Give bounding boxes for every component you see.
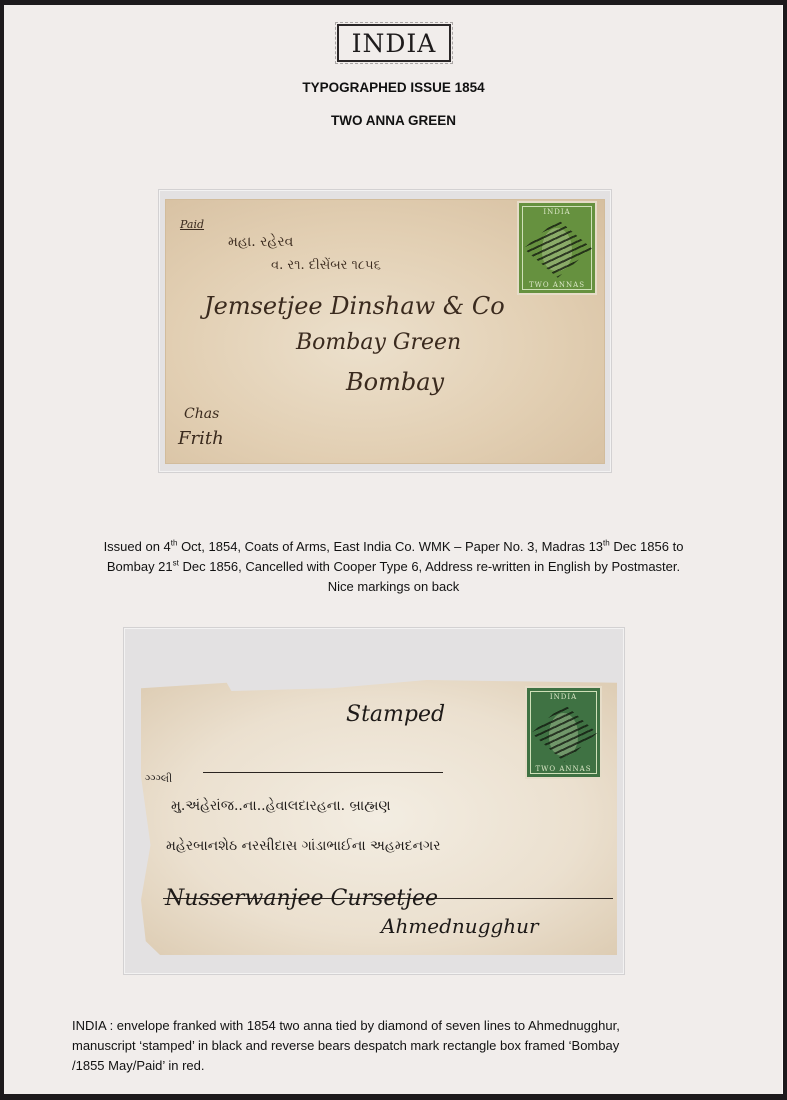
cover-1-addressee: Jemsetjee Dinshaw & Co <box>204 292 505 320</box>
cover-1-chas-note: Chas <box>184 406 219 422</box>
country-stamp-text: INDIA <box>352 29 437 58</box>
cover-2-script-line-2: મહેરબાનશેઠ નરસીદાસ ગાંડાભાઈના અહમદનગર <box>166 838 440 854</box>
cover-1-script-line-1: મહા. રહેરવ <box>228 234 293 250</box>
cover-2-description-line-2: manuscript ‘stamped’ in black and revers… <box>72 1036 752 1056</box>
cover-2-stamped-note: Stamped <box>346 702 445 727</box>
cover-2-city: Ahmednugghur <box>381 914 539 938</box>
stamp-bottom-label: TWO ANNAS <box>519 281 595 289</box>
cover-1-paid-note: Paid <box>180 218 204 231</box>
cover-2-description: INDIA : envelope franked with 1854 two a… <box>72 1016 752 1076</box>
cover-1-two-anna-stamp: INDIA TWO ANNAS <box>517 201 597 295</box>
stamp-top-label: INDIA <box>527 693 600 701</box>
cover-1-description: Issued on 4th Oct, 1854, Coats of Arms, … <box>0 537 787 597</box>
cover-1-description-line-2: Bombay 21st Dec 1856, Cancelled with Coo… <box>0 557 787 577</box>
stamp-bottom-label: TWO ANNAS <box>527 765 600 773</box>
cover-2-script-line-1: મુ.અંહેરાંજ..ના..હેવાલદારહના. બ્રાહ્મણ <box>171 798 391 814</box>
cover-1-street: Bombay Green <box>296 330 461 355</box>
cover-2-description-line-1: INDIA : envelope franked with 1854 two a… <box>72 1016 752 1036</box>
cover-1-script-line-2: વ. ર૧. દીસેંબર ૧૮૫૬ <box>271 258 381 273</box>
cover-2-description-line-3: /1855 May/Paid’ in red. <box>72 1056 752 1076</box>
cover-1-description-line-1: Issued on 4th Oct, 1854, Coats of Arms, … <box>0 537 787 557</box>
cover-1-sender: Frith <box>178 428 224 449</box>
cover-2-two-anna-stamp: INDIA TWO ANNAS <box>525 686 602 779</box>
cover-1-city: Bombay <box>346 368 444 396</box>
stamp-top-label: INDIA <box>519 208 595 216</box>
cover-1-description-line-3: Nice markings on back <box>0 577 787 597</box>
cover-2-addressee: Nusserwanjee Cursetjee <box>165 886 438 911</box>
india-boxed-handstamp: INDIA <box>337 24 451 62</box>
page-title: TYPOGRAPHED ISSUE 1854 <box>0 80 787 95</box>
page-subtitle: TWO ANNA GREEN <box>0 113 787 128</box>
cover-2-rule-1 <box>203 772 443 773</box>
cover-2-script-line-0: ગ્ગ્ગ્લી <box>145 772 172 786</box>
